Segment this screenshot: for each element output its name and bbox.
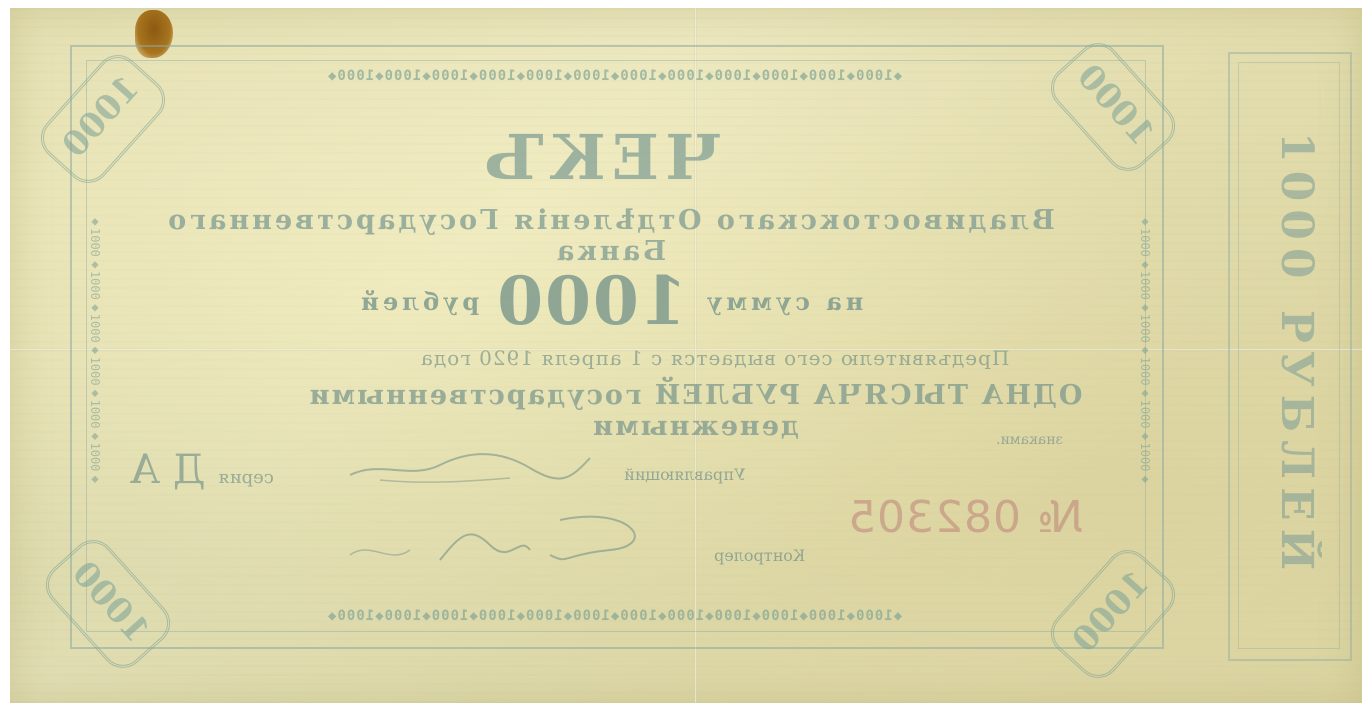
manager-role-text: Управляющий [624,465,745,484]
note-title-text: ЧЕКЪ [478,128,722,188]
controller-signature [330,505,670,575]
serial-number: № 082305 [815,492,1115,543]
controller-role: Контролер [680,546,840,565]
sum-suffix: рублей [341,287,495,316]
sum-line: на сумму1000рублей [340,262,880,340]
amount-numeral: 1000 [495,262,687,340]
bottom-border-label: ◆1000◆1000◆1000◆1000◆1000◆1000◆1000◆1000… [327,603,902,629]
manager-signature [340,440,600,490]
issuer-text: Владивостокскаго Отдѣленія Государственн… [110,205,1110,267]
stub-text: 1000 РУБЛЕЙ [1262,75,1322,635]
tail-line: знаками. [960,432,1100,448]
top-border-text: ◆1000◆1000◆1000◆1000◆1000◆1000◆1000◆1000… [180,63,1050,89]
tail-text: знаками. [996,432,1063,448]
controller-role-text: Контролер [714,546,805,565]
series-label: серия [218,467,288,488]
right-border-text: ◆1000◆1000◆1000◆1000◆1000◆1000◆ [1126,150,1152,550]
note-title: ЧЕКЪ [470,128,730,188]
presentation-text: Предъявителю сего выдается с 1 апреля 19… [420,346,1009,370]
left-border-text: ◆1000◆1000◆1000◆1000◆1000◆1000◆ [76,150,102,550]
manager-role: Управляющий [620,465,750,484]
sum-line-mirrored: на сумму1000рублей [341,262,879,340]
top-border-label: ◆1000◆1000◆1000◆1000◆1000◆1000◆1000◆1000… [327,63,902,89]
sum-prefix: на сумму [687,287,880,316]
series-letters: Д А [130,447,206,493]
serial-number-text: № 082305 [847,492,1083,543]
series-mirrored: серия Д А [130,447,288,493]
bottom-border-text: ◆1000◆1000◆1000◆1000◆1000◆1000◆1000◆1000… [180,603,1050,629]
issuer-line: Владивостокскаго Отдѣленія Государственн… [110,205,1110,267]
series-block: серия Д А [130,447,330,493]
presentation-line: Предъявителю сего выдается с 1 апреля 19… [320,346,1110,370]
